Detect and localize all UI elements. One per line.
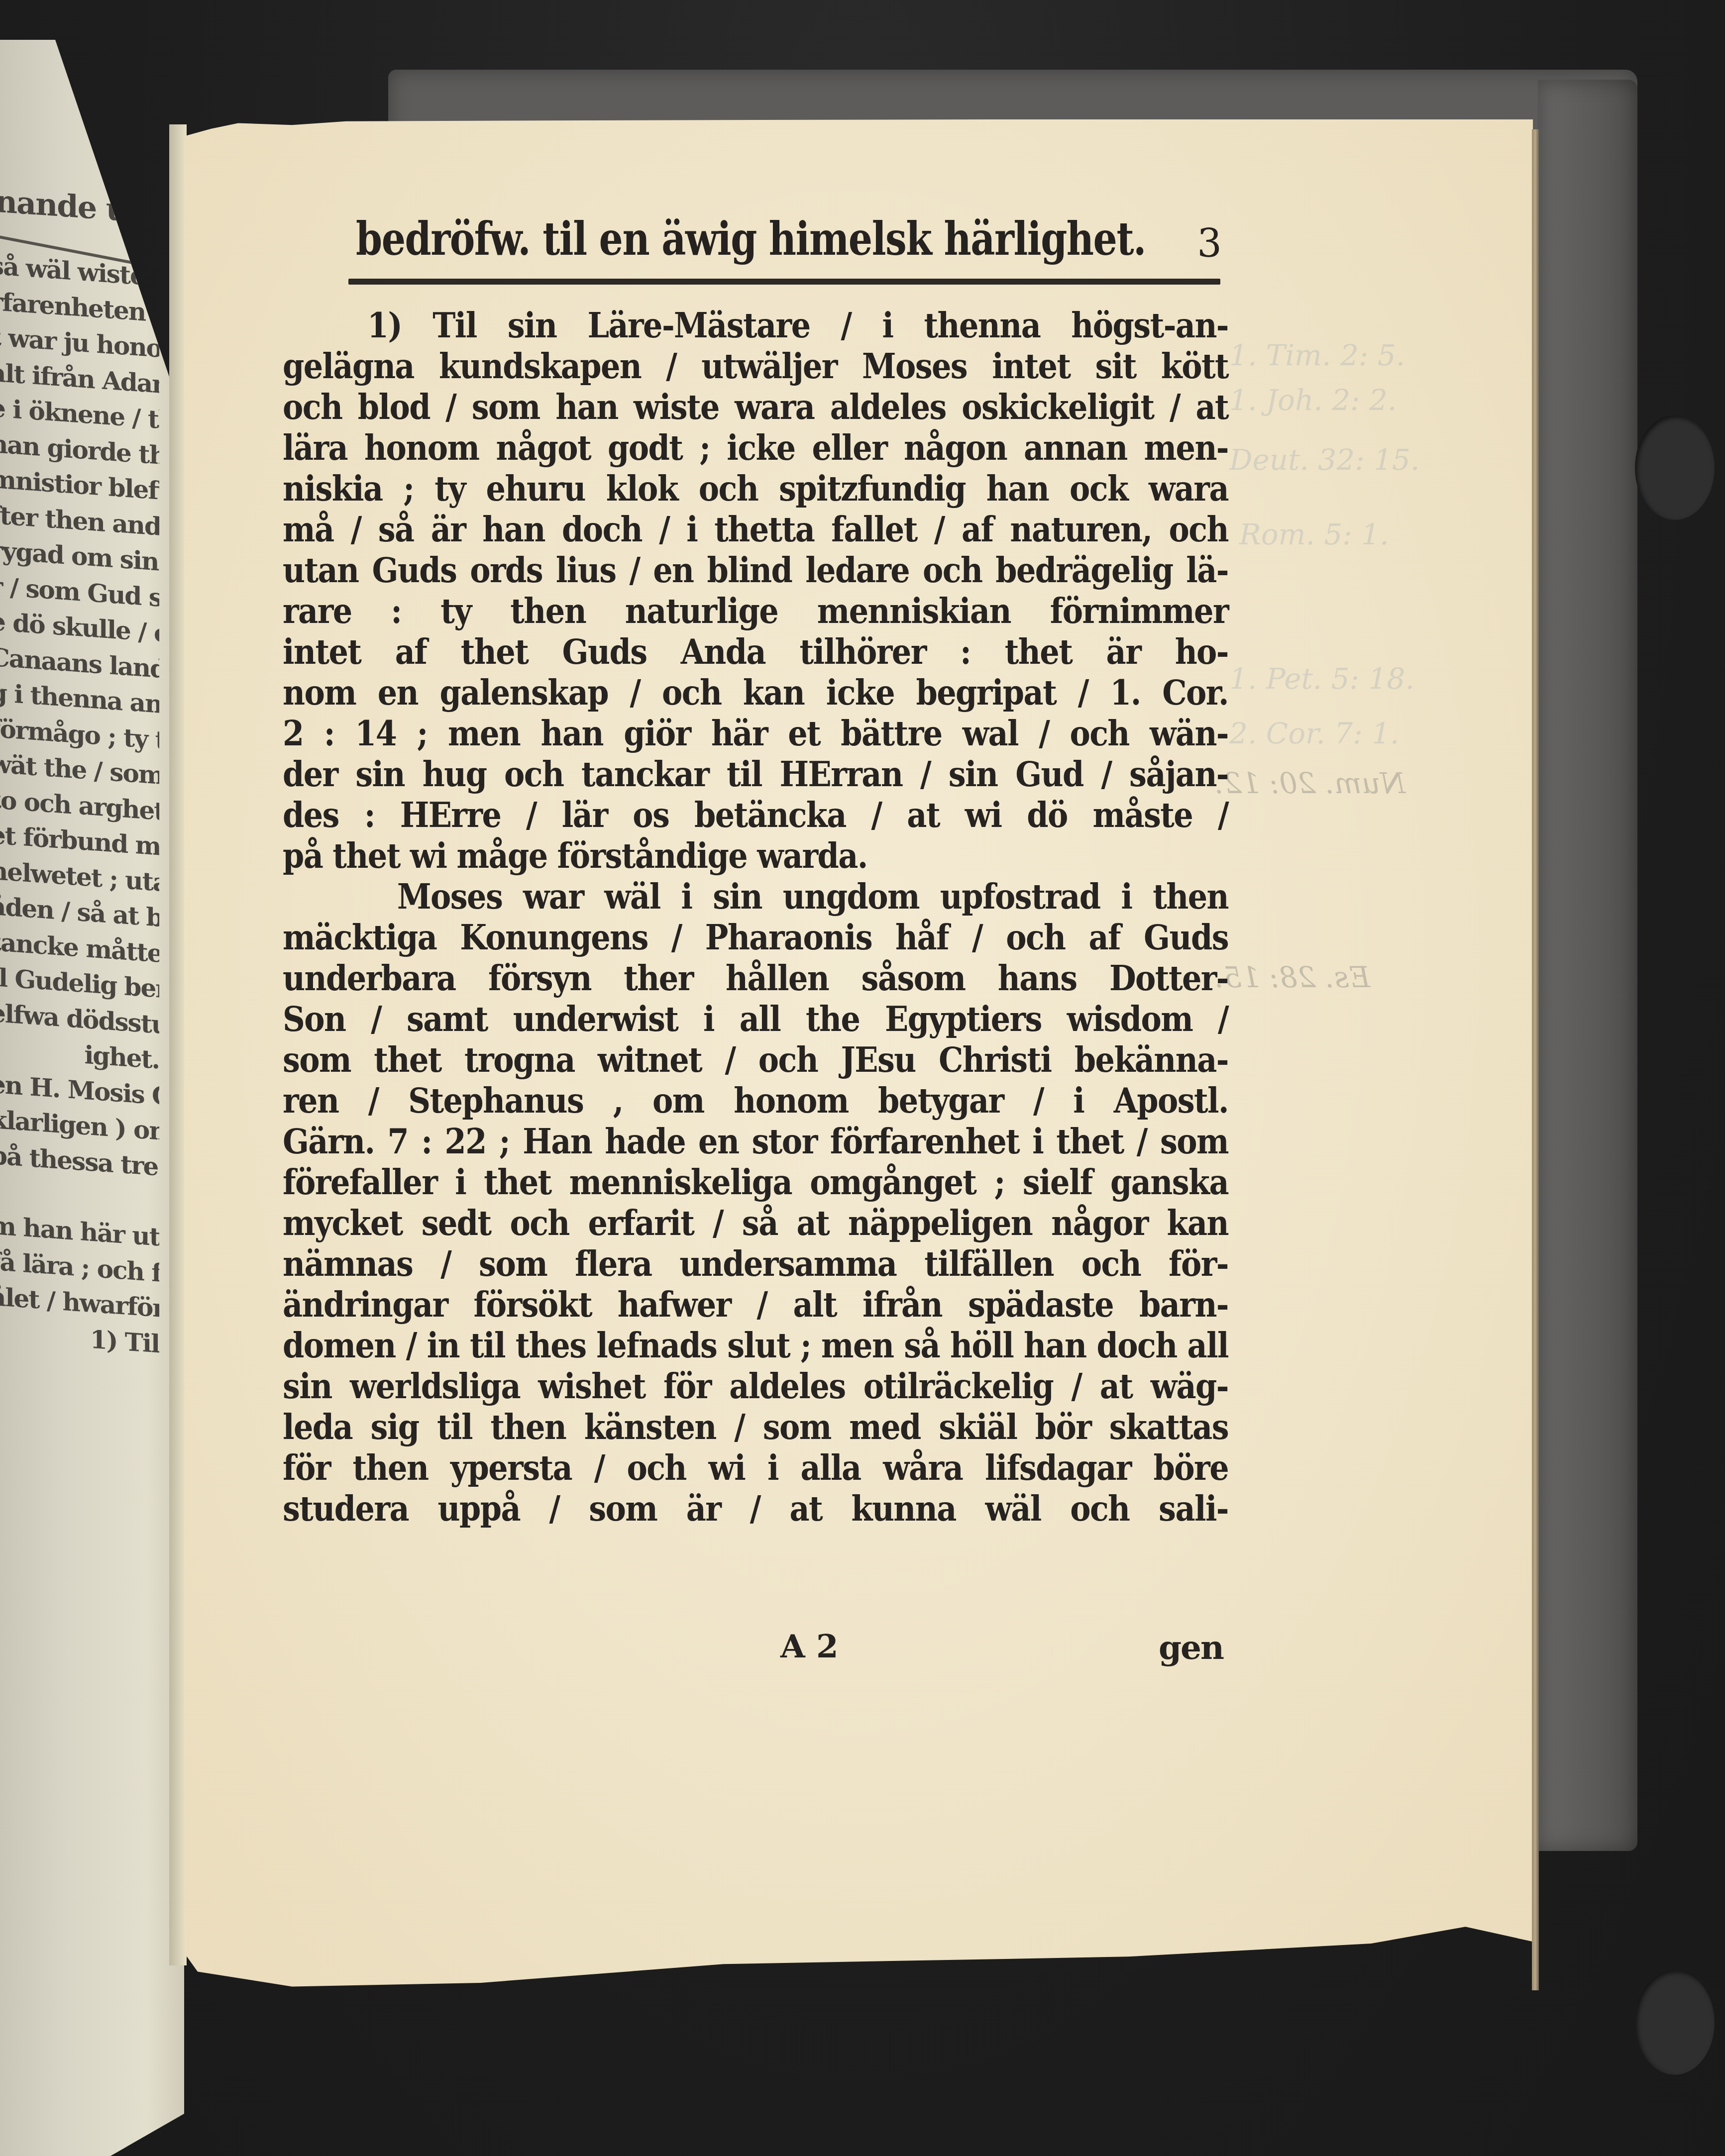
text-line: ren / Stephanus , om honom betygar / i A… xyxy=(283,1078,1228,1124)
text-line: må / så är han doch / i thetta fallet / … xyxy=(283,507,1228,552)
show-through-note: Rom. 5: 1. xyxy=(1239,517,1389,551)
clip-hole-upper xyxy=(1635,415,1715,520)
show-through-note: Es. 28: 15. xyxy=(1214,960,1370,994)
show-through-note: 1. Tim. 2: 5. xyxy=(1229,338,1405,372)
running-head: bedröfw. til en äwig himelsk härlighet. … xyxy=(356,221,1222,266)
text-line: på thet wi måge förståndige warda. xyxy=(283,833,1228,879)
backing-board-edge xyxy=(1538,80,1637,1851)
text-line: för then ypersta / och wi i alla wåra li… xyxy=(283,1445,1228,1491)
catchword: gen xyxy=(1159,1628,1223,1667)
text-line: nämnas / som flera undersamma tilfällen … xyxy=(283,1241,1228,1287)
text-line: ändringar försökt hafwer / alt ifrån spä… xyxy=(283,1282,1228,1328)
text-line: Son / samt underwist i all the Egyptiers… xyxy=(283,996,1228,1042)
text-line: underbara försyn ther hållen såsom hans … xyxy=(283,955,1228,1001)
gutter-shadow xyxy=(169,124,187,1965)
text-line: mycket sedt och erfarit / så at näppelig… xyxy=(283,1200,1228,1246)
text-line: der sin hug och tanckar til HErran / sin… xyxy=(283,751,1228,797)
text-line: utan Guds ords lius / en blind ledare oc… xyxy=(283,547,1228,593)
text-line: intet af thet Guds Anda tilhörer : thet … xyxy=(283,629,1228,675)
text-line: sin werldsliga wishet för aldeles otilrä… xyxy=(283,1363,1228,1409)
left-page: nande utur stor så wäl wiste / och nog r… xyxy=(0,40,184,2156)
text-line: studera uppå / som är / at kunna wäl och… xyxy=(283,1486,1228,1532)
text-line: domen / in til thes lefnads slut ; men s… xyxy=(283,1323,1228,1368)
clip-hole-lower xyxy=(1635,1970,1715,2075)
text-line: 2 : 14 ; men han giör här et bättre wal … xyxy=(283,711,1228,756)
text-line: och blod / som han wiste wara aldeles os… xyxy=(283,384,1228,430)
text-line: förefaller i thet menniskeliga omgånget … xyxy=(283,1159,1228,1205)
text-line: rare : ty then naturlige menniskian förn… xyxy=(283,588,1228,634)
page-fore-edge xyxy=(1532,129,1539,1990)
text-line: 1) Til sin Läre-Mästare / i thenna högst… xyxy=(283,303,1228,348)
body-text: 1) Til sin Läre-Mästare / i thenna högst… xyxy=(283,308,1228,1532)
running-head-title: bedröfw. til en äwig himelsk härlighet. xyxy=(356,212,1146,266)
page-number: 3 xyxy=(1197,221,1222,266)
show-through-note: 1. Pet. 5: 18. xyxy=(1229,662,1414,696)
text-line: mäcktiga Konungens / Pharaonis håf / och… xyxy=(283,915,1228,960)
text-line: gelägna kundskapen / utwäljer Moses inte… xyxy=(283,343,1228,389)
text-line: des : HErre / lär os betäncka / at wi dö… xyxy=(283,792,1228,838)
show-through-note: Num. 20: 12. xyxy=(1214,766,1405,800)
text-line: nom en galenskap / och kan icke begripat… xyxy=(283,670,1228,716)
show-through-note: Deut. 32: 15. xyxy=(1229,443,1419,477)
signature-mark: A 2 xyxy=(780,1628,838,1665)
head-rule xyxy=(348,279,1220,285)
text-line: niskia ; ty ehuru klok och spitzfundig h… xyxy=(283,466,1228,512)
text-line: Moses war wäl i sin ungdom upfostrad i t… xyxy=(283,874,1228,920)
show-through-note: 1. Joh. 2: 2. xyxy=(1229,383,1397,417)
text-line: Gärn. 7 : 22 ; Han hade en stor förfaren… xyxy=(283,1119,1228,1164)
text-line: leda sig til then känsten / som med skiä… xyxy=(283,1404,1228,1450)
left-page-text: nande utur stor så wäl wiste / och nog r… xyxy=(0,183,179,1363)
direction-line: A 2 gen xyxy=(283,1628,1228,1673)
show-through-note: 2. Cor. 7: 1. xyxy=(1229,717,1400,750)
text-line: som thet trogna witnet / och JEsu Christ… xyxy=(283,1037,1228,1083)
text-line: lära honom något godt ; icke eller någon… xyxy=(283,425,1228,471)
